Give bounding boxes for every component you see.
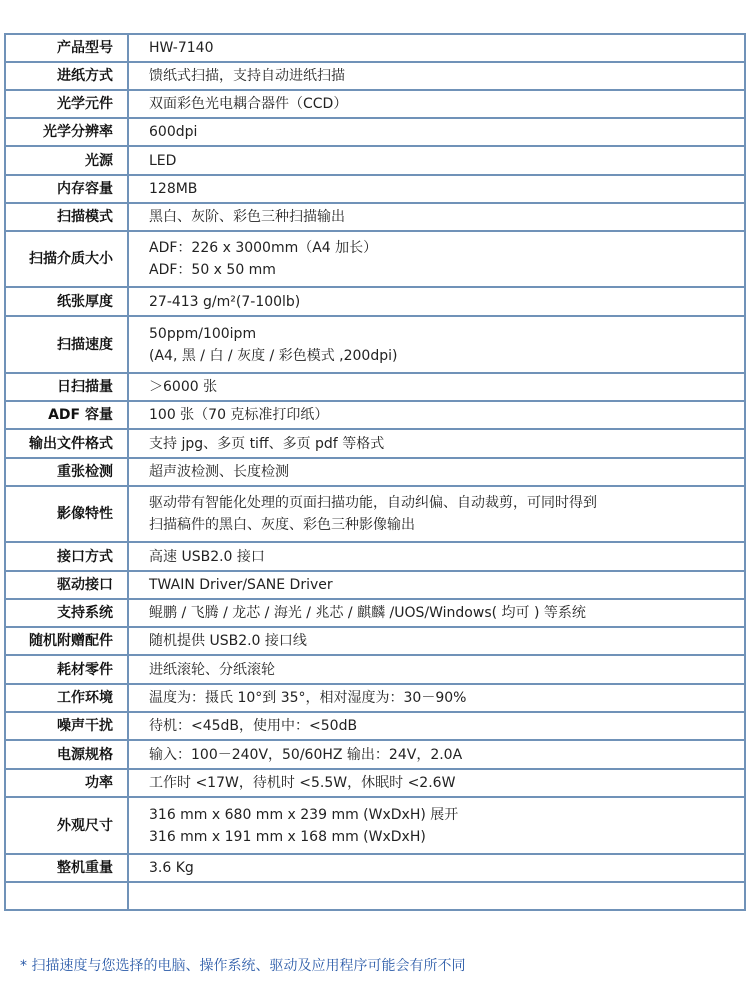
spec-value: 温度为：摄氏 10°到 35°，相对湿度为：30－90% xyxy=(128,684,745,712)
spec-value: 支持 jpg、多页 tiff、多页 pdf 等格式 xyxy=(128,429,745,458)
spec-row: 输出文件格式支持 jpg、多页 tiff、多页 pdf 等格式 xyxy=(5,429,745,458)
spec-label: 光源 xyxy=(5,146,128,175)
spec-label: 影像特性 xyxy=(5,486,128,542)
spec-label: 支持系统 xyxy=(5,599,128,627)
spec-value: 50ppm/100ipm (A4, 黑 / 白 / 灰度 / 彩色模式 ,200… xyxy=(128,316,745,373)
spec-row: ADF 容量100 张（70 克标准打印纸） xyxy=(5,401,745,429)
spec-label: 功率 xyxy=(5,769,128,797)
spec-value-line: 待机：<45dB，使用中：<50dB xyxy=(149,715,744,737)
spec-value: 超声波检测、长度检测 xyxy=(128,458,745,486)
spec-value xyxy=(128,882,745,910)
spec-row: 支持系统鲲鹏 / 飞腾 / 龙芯 / 海光 / 兆芯 / 麒麟 /UOS/Win… xyxy=(5,599,745,627)
spec-label: 驱动接口 xyxy=(5,571,128,599)
spec-row: 光源LED xyxy=(5,146,745,175)
spec-row: 电源规格输入：100－240V，50/60HZ 输出：24V，2.0A xyxy=(5,740,745,769)
spec-value: 馈纸式扫描，支持自动进纸扫描 xyxy=(128,62,745,90)
spec-label: 光学元件 xyxy=(5,90,128,118)
spec-row: 光学分辨率600dpi xyxy=(5,118,745,146)
spec-row: 外观尺寸316 mm x 680 mm x 239 mm (WxDxH) 展开3… xyxy=(5,797,745,854)
spec-value-line: 100 张（70 克标准打印纸） xyxy=(149,404,744,426)
spec-row: 扫描模式黑白、灰阶、彩色三种扫描输出 xyxy=(5,203,745,231)
spec-label: 外观尺寸 xyxy=(5,797,128,854)
spec-row: 日扫描量＞6000 张 xyxy=(5,373,745,401)
spec-label xyxy=(5,882,128,910)
spec-value: 鲲鹏 / 飞腾 / 龙芯 / 海光 / 兆芯 / 麒麟 /UOS/Windows… xyxy=(128,599,745,627)
spec-label: 噪声干扰 xyxy=(5,712,128,740)
spec-label: 接口方式 xyxy=(5,542,128,571)
spec-value: ＞6000 张 xyxy=(128,373,745,401)
spec-value: 3.6 Kg xyxy=(128,854,745,882)
spec-value-line: 馈纸式扫描，支持自动进纸扫描 xyxy=(149,65,744,87)
spec-value-line: 3.6 Kg xyxy=(149,857,744,879)
spec-value-line: 316 mm x 191 mm x 168 mm (WxDxH) xyxy=(149,826,744,848)
spec-row: 影像特性驱动带有智能化处理的页面扫描功能，自动纠偏、自动裁剪，可同时得到扫描稿件… xyxy=(5,486,745,542)
spec-label: 工作环境 xyxy=(5,684,128,712)
spec-value-line: ＞6000 张 xyxy=(149,376,744,398)
spec-value-line: 黑白、灰阶、彩色三种扫描输出 xyxy=(149,206,744,228)
spec-value: 黑白、灰阶、彩色三种扫描输出 xyxy=(128,203,745,231)
spec-label: 输出文件格式 xyxy=(5,429,128,458)
spec-value: 600dpi xyxy=(128,118,745,146)
spec-value: 316 mm x 680 mm x 239 mm (WxDxH) 展开316 m… xyxy=(128,797,745,854)
spec-row: 噪声干扰待机：<45dB，使用中：<50dB xyxy=(5,712,745,740)
spec-value-line: 输入：100－240V，50/60HZ 输出：24V，2.0A xyxy=(149,744,744,766)
spec-row xyxy=(5,882,745,910)
spec-label: 产品型号 xyxy=(5,34,128,62)
spec-row: 扫描速度50ppm/100ipm (A4, 黑 / 白 / 灰度 / 彩色模式 … xyxy=(5,316,745,373)
spec-value: 128MB xyxy=(128,175,745,203)
spec-value-line: 驱动带有智能化处理的页面扫描功能，自动纠偏、自动裁剪，可同时得到 xyxy=(149,492,744,514)
spec-value: 高速 USB2.0 接口 xyxy=(128,542,745,571)
spec-label: 电源规格 xyxy=(5,740,128,769)
footnote: * 扫描速度与您选择的电脑、操作系统、驱动及应用程序可能会有所不同 xyxy=(20,955,465,975)
spec-value: 27-413 g/m²(7-100lb) xyxy=(128,287,745,316)
spec-value-line: 支持 jpg、多页 tiff、多页 pdf 等格式 xyxy=(149,433,744,455)
spec-row: 整机重量3.6 Kg xyxy=(5,854,745,882)
spec-value-line: LED xyxy=(149,150,744,172)
spec-row: 耗材零件进纸滚轮、分纸滚轮 xyxy=(5,655,745,684)
spec-value-line: TWAIN Driver/SANE Driver xyxy=(149,574,744,596)
spec-row: 驱动接口TWAIN Driver/SANE Driver xyxy=(5,571,745,599)
spec-label: 整机重量 xyxy=(5,854,128,882)
spec-value-line: 128MB xyxy=(149,178,744,200)
spec-label: 随机附赠配件 xyxy=(5,627,128,655)
spec-value-line: 进纸滚轮、分纸滚轮 xyxy=(149,659,744,681)
spec-row: 重张检测超声波检测、长度检测 xyxy=(5,458,745,486)
spec-label: 进纸方式 xyxy=(5,62,128,90)
spec-value-line: 鲲鹏 / 飞腾 / 龙芯 / 海光 / 兆芯 / 麒麟 /UOS/Windows… xyxy=(149,602,744,624)
spec-table: 产品型号HW-7140进纸方式馈纸式扫描，支持自动进纸扫描光学元件双面彩色光电耦… xyxy=(4,33,746,911)
spec-value-line: HW-7140 xyxy=(149,37,744,59)
spec-value: 工作时 <17W，待机时 <5.5W，休眠时 <2.6W xyxy=(128,769,745,797)
spec-value-line: 双面彩色光电耦合器件（CCD） xyxy=(149,93,744,115)
spec-label: 重张检测 xyxy=(5,458,128,486)
spec-label: 扫描介质大小 xyxy=(5,231,128,287)
spec-value: 随机提供 USB2.0 接口线 xyxy=(128,627,745,655)
spec-value-line: 扫描稿件的黑白、灰度、彩色三种影像输出 xyxy=(149,514,744,536)
spec-row: 工作环境温度为：摄氏 10°到 35°，相对湿度为：30－90% xyxy=(5,684,745,712)
spec-value-line: 27-413 g/m²(7-100lb) xyxy=(149,291,744,313)
spec-value: 输入：100－240V，50/60HZ 输出：24V，2.0A xyxy=(128,740,745,769)
spec-label: 纸张厚度 xyxy=(5,287,128,316)
spec-row: 功率工作时 <17W，待机时 <5.5W，休眠时 <2.6W xyxy=(5,769,745,797)
spec-value: HW-7140 xyxy=(128,34,745,62)
spec-row: 进纸方式馈纸式扫描，支持自动进纸扫描 xyxy=(5,62,745,90)
spec-label: ADF 容量 xyxy=(5,401,128,429)
spec-value-line: (A4, 黑 / 白 / 灰度 / 彩色模式 ,200dpi) xyxy=(149,345,744,367)
spec-value: ADF：226 x 3000mm（A4 加长）ADF：50 x 50 mm xyxy=(128,231,745,287)
spec-label: 日扫描量 xyxy=(5,373,128,401)
spec-value: 待机：<45dB，使用中：<50dB xyxy=(128,712,745,740)
spec-value-line: 316 mm x 680 mm x 239 mm (WxDxH) 展开 xyxy=(149,804,744,826)
spec-row: 光学元件双面彩色光电耦合器件（CCD） xyxy=(5,90,745,118)
spec-table-body: 产品型号HW-7140进纸方式馈纸式扫描，支持自动进纸扫描光学元件双面彩色光电耦… xyxy=(5,34,745,910)
spec-value-line: 随机提供 USB2.0 接口线 xyxy=(149,630,744,652)
spec-label: 光学分辨率 xyxy=(5,118,128,146)
spec-label: 内存容量 xyxy=(5,175,128,203)
spec-value-line: ADF：50 x 50 mm xyxy=(149,259,744,281)
spec-label: 扫描模式 xyxy=(5,203,128,231)
spec-value: 驱动带有智能化处理的页面扫描功能，自动纠偏、自动裁剪，可同时得到扫描稿件的黑白、… xyxy=(128,486,745,542)
spec-row: 接口方式高速 USB2.0 接口 xyxy=(5,542,745,571)
spec-value-line: ADF：226 x 3000mm（A4 加长） xyxy=(149,237,744,259)
spec-row: 纸张厚度27-413 g/m²(7-100lb) xyxy=(5,287,745,316)
spec-value: 100 张（70 克标准打印纸） xyxy=(128,401,745,429)
spec-value-line: 温度为：摄氏 10°到 35°，相对湿度为：30－90% xyxy=(149,687,744,709)
spec-row: 内存容量128MB xyxy=(5,175,745,203)
spec-value: 双面彩色光电耦合器件（CCD） xyxy=(128,90,745,118)
spec-value-line: 50ppm/100ipm xyxy=(149,323,744,345)
spec-value: LED xyxy=(128,146,745,175)
spec-label: 耗材零件 xyxy=(5,655,128,684)
spec-value-line: 工作时 <17W，待机时 <5.5W，休眠时 <2.6W xyxy=(149,772,744,794)
spec-value: 进纸滚轮、分纸滚轮 xyxy=(128,655,745,684)
spec-row: 扫描介质大小ADF：226 x 3000mm（A4 加长）ADF：50 x 50… xyxy=(5,231,745,287)
spec-value: TWAIN Driver/SANE Driver xyxy=(128,571,745,599)
spec-value-line: 超声波检测、长度检测 xyxy=(149,461,744,483)
spec-value-line: 高速 USB2.0 接口 xyxy=(149,546,744,568)
spec-row: 产品型号HW-7140 xyxy=(5,34,745,62)
spec-label: 扫描速度 xyxy=(5,316,128,373)
spec-row: 随机附赠配件随机提供 USB2.0 接口线 xyxy=(5,627,745,655)
spec-value-line: 600dpi xyxy=(149,121,744,143)
